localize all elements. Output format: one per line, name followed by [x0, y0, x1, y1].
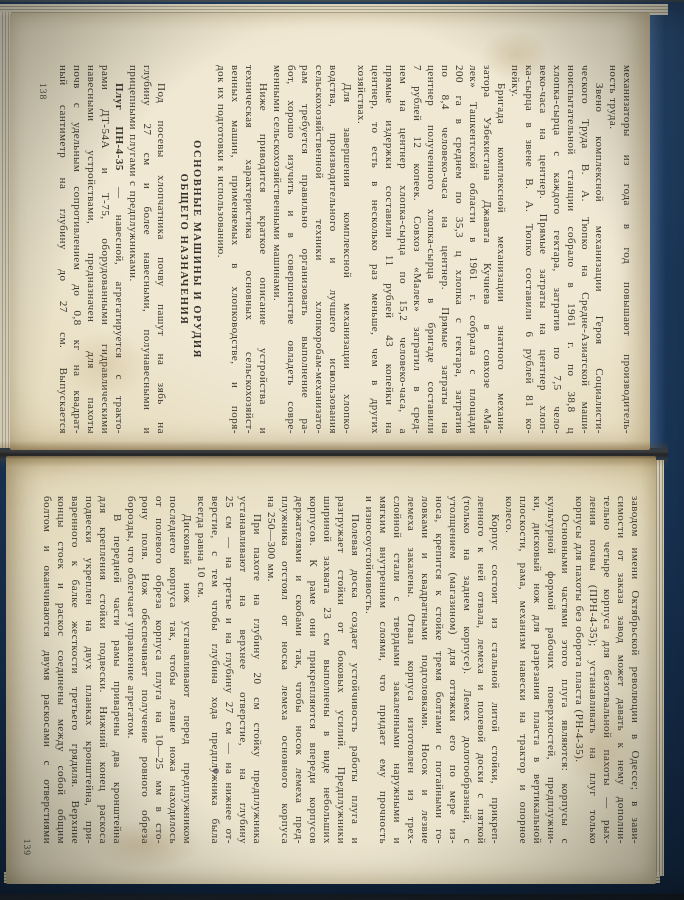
- text-line: культурной формой рабочих поверхностей, …: [544, 496, 558, 844]
- text-line: борозды, что облегчает управление агрега…: [124, 496, 138, 844]
- text-line: разгружает стойки от боковых усилий. Пре…: [334, 496, 348, 844]
- text-line: лемеха закалены. Отвал корпуса изготовле…: [404, 496, 418, 844]
- text-line: затора Узбекистана Джавата Кучиева в сов…: [480, 65, 494, 434]
- text-line: Полевая доска создает устойчивость работ…: [348, 496, 362, 844]
- text-line: рами ДТ-54А и Т-75, оборудованными гидра…: [98, 65, 112, 434]
- text-line: нем на центнер хлопка-сырца по 15,2 чело…: [396, 65, 410, 434]
- text-line: плужника отстоял от носка лемеха основно…: [278, 496, 292, 844]
- text-line: заводом имени Октябрьской революции в Од…: [628, 496, 642, 844]
- text-line: хозяйствах.: [354, 65, 368, 434]
- text-line: плоскости, рама, механизм навески на тра…: [516, 496, 530, 844]
- text-line: тельно четыре корпуса для безотвальной п…: [600, 496, 614, 844]
- text-line: почв с удельным сопротивлением до 0,8 кг…: [70, 65, 84, 434]
- page-139: заводом имени Октябрьской революции в Од…: [6, 456, 656, 884]
- section-heading-line1: ОСНОВНЫЕ МАШИНЫ И ОРУДИЯ: [191, 140, 202, 359]
- text-line: хлопка-сырца с каждого гектара, затратив…: [550, 65, 564, 434]
- text-line: Для завершения комплексной механизации х…: [340, 65, 354, 434]
- text-line: колесо.: [502, 496, 516, 844]
- text-line: и износоустойчивость.: [362, 496, 376, 844]
- text-line: механизаторы из года в год повышают прои…: [620, 65, 634, 434]
- text-line: рам требуется правильно организовать вып…: [298, 65, 312, 434]
- text-line: корпусы для пахоты без оборота пласта (Р…: [572, 496, 586, 844]
- text-line: док их подготовки к использованию.: [214, 65, 228, 434]
- page-139-text-sheet: заводом имени Октябрьской революции в Од…: [6, 456, 656, 884]
- text-line: венных машин, применяемых в хлопководств…: [228, 65, 242, 434]
- page-number-right: 139: [19, 496, 33, 856]
- text-line: всегда равна 10 см.: [194, 496, 208, 844]
- text-line: ловками и квадратными подголовками. Носо…: [418, 496, 432, 844]
- text-line: веко-часа на центнер. Прямые затраты на …: [536, 65, 550, 434]
- text-line: Под посевы хлопчатника почву пашут на зя…: [154, 65, 168, 434]
- text-line: верстие, с тем чтобы глубина хода предпл…: [208, 496, 222, 844]
- text-line: Корпус состоит из стальной литой стойки,…: [488, 496, 502, 844]
- text-line: навесными устройствами, предназначен для…: [84, 65, 98, 434]
- text-line: прямые издержки составили 11 рублей 43 к…: [382, 65, 396, 434]
- text-line: Плуг ПН-4-35 — навесной, агрегатируется …: [112, 65, 126, 434]
- text-line: центнер, то есть в несколько раз меньше,…: [368, 65, 382, 434]
- text-block: заводом имени Октябрьской революции в Од…: [40, 496, 642, 844]
- text-line: ления почвы (ПРН-4-35); устанавливать на…: [586, 496, 600, 844]
- text-line: держателями и скобами так, чтобы носок л…: [292, 496, 306, 844]
- text-line: последнего корпуса так, чтобы лезвие нож…: [166, 496, 180, 844]
- text-line: на 250—300 мм.: [264, 496, 278, 844]
- text-line: Основными частями этого плуга являются: …: [558, 496, 572, 844]
- text-line: подвески укреплен на двух планках кроншт…: [82, 496, 96, 844]
- text-line: ный сантиметр на глубину до 27 см. Выпус…: [56, 65, 70, 434]
- text-line: по 8,4 человеко-часа на центнер. Прямые …: [438, 65, 452, 434]
- text-line: бот, хорошо изучить и в совершенстве овл…: [284, 65, 298, 434]
- text-line: прицепными плугами с предплужниками.: [126, 65, 140, 434]
- text-line: 25 см — на третье и на глубину 27 см — н…: [222, 496, 236, 844]
- text-line: концы стоек и раскос соединены между соб…: [54, 496, 68, 844]
- text-line: варенного к балке жесткости третьего гря…: [68, 496, 82, 844]
- text-block: механизаторы из года в год повышают прои…: [214, 65, 634, 434]
- text-line: симости от заказа завод может давать к н…: [614, 496, 628, 844]
- text-line: ки, дисковый нож для разрезания пласта в…: [530, 496, 544, 844]
- text-line: лек» Ташкентской области в 1961 г. собра…: [466, 65, 480, 434]
- text-line: Бригада комплексной механизации знатного…: [494, 65, 508, 434]
- text-line: ка-сырца в звене В. А. Тюпко составили 6…: [522, 65, 536, 434]
- text-line: техническая характеристика основных сель…: [242, 65, 256, 434]
- text-block: Под посевы хлопчатника почву пашут на зя…: [56, 65, 168, 434]
- text-line: ность труда.: [606, 65, 620, 434]
- text-line: глубину 27 см и более навесными, полунав…: [140, 65, 154, 434]
- text-line: шириной захвата 23 см выполнены в виде н…: [320, 496, 334, 844]
- text-line: пейку.: [508, 65, 522, 434]
- text-line: ленного к ней отвала, лемеха и полевой д…: [474, 496, 488, 844]
- page-138: механизаторы из года в год повышают прои…: [10, 13, 650, 450]
- spine-gutter-shadow: [0, 441, 668, 467]
- text-line: ноиспытательной станции собрало в 1961 г…: [564, 65, 578, 434]
- page-138-text-sheet: механизаторы из года в год повышают прои…: [10, 13, 650, 450]
- text-line: При пахоте на глубину 20 см стойку предп…: [250, 496, 264, 844]
- text-line: центнер полученного хлопка-сырца в брига…: [424, 65, 438, 434]
- text-line: Дисковый нож устанавливают перед предплу…: [180, 496, 194, 844]
- section-heading: ОСНОВНЫЕ МАШИНЫ И ОРУДИЯ ОБЩЕГО НАЗНАЧЕН…: [177, 65, 203, 434]
- text-line: носа, крепится к стойке тремя болтами с …: [432, 496, 446, 844]
- text-line: рону поля. Нож обеспечивает получение ро…: [138, 496, 152, 844]
- text-line: слойной стали с твердыми закаленными нар…: [390, 496, 404, 844]
- cover-highlight: [648, 8, 666, 448]
- text-line: устанавливают на верхнее отверстие, на г…: [236, 496, 250, 844]
- text-line: водства, производительного и лучшего исп…: [326, 65, 340, 434]
- text-line: 7 рублей 12 копеек. Совхоз «Малек» затра…: [410, 65, 424, 434]
- book-photo: механизаторы из года в год повышают прои…: [0, 0, 684, 900]
- text-line: В передней части рамы приварены два крон…: [110, 496, 124, 844]
- text-line: болтом и оканчиваются двумя раскосами с …: [40, 496, 54, 844]
- text-line: утолщением (магазином) для оттяжки его п…: [446, 496, 460, 844]
- text-line: сельскохозяйственной техники хлопкоробам…: [312, 65, 326, 434]
- text-line: Ниже приводится краткое описание устройс…: [256, 65, 270, 434]
- text-line: 200 га в среднем по 35,3 ц хлопка с гект…: [452, 65, 466, 434]
- text-line: менными сельскохозяйственными машинами.: [270, 65, 284, 434]
- page-number-left: 138: [35, 65, 49, 434]
- text-line: ческого Труда В. А. Тюпко на Средне-Азиа…: [578, 65, 592, 434]
- text-line: корпусов. К раме они прикрепляются впере…: [306, 496, 320, 844]
- text-line: (только на заднем корпусе). Лемех долото…: [460, 496, 474, 844]
- text-line: от полевого обреза корпуса плуга на 10—2…: [152, 496, 166, 844]
- text-line: Звено комплексной механизации Героя Соци…: [592, 65, 606, 434]
- text-line: для крепления стойки подвески. Нижний ко…: [96, 496, 110, 844]
- text-line: мягким внутренним слоями, что придает ем…: [376, 496, 390, 844]
- section-heading-line2: ОБЩЕГО НАЗНАЧЕНИЯ: [178, 174, 189, 326]
